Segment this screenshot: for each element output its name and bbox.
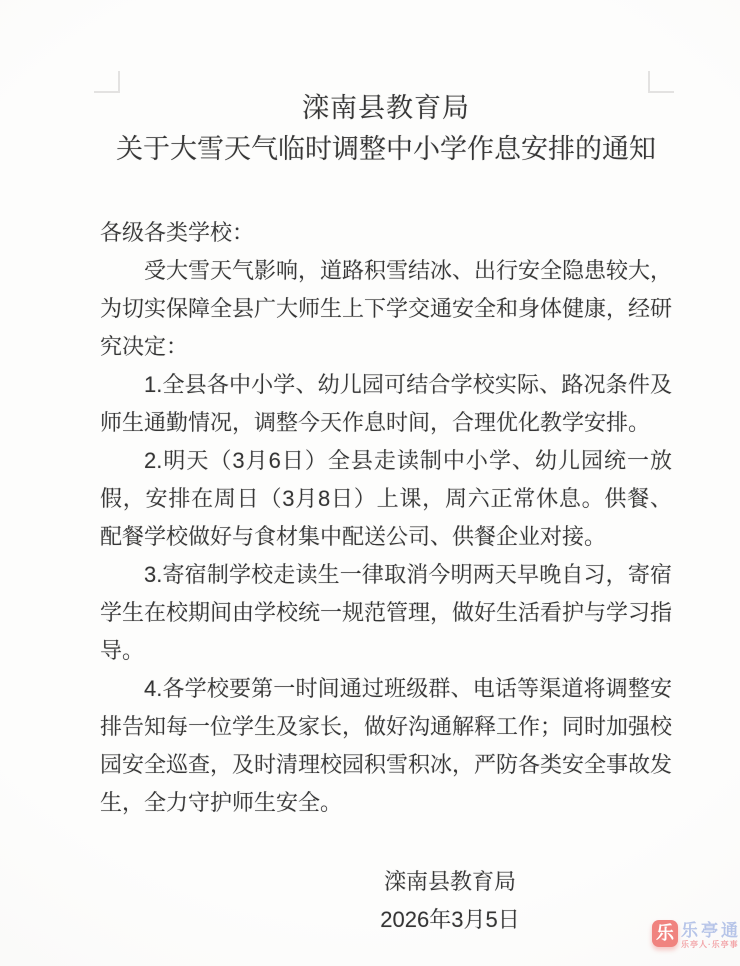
notice-paragraph: 3.寄宿制学校走读生一律取消今明两天早晚自习，寄宿学生在校期间由学校统一规范管理…	[100, 556, 672, 670]
signature-date: 2026年3月5日	[320, 901, 580, 939]
notice-paragraph: 2.明天（3月6日）全县走读制中小学、幼儿园统一放假，安排在周日（3月8日）上课…	[100, 442, 672, 556]
watermark-tagline: 乐亭人·乐亭事	[681, 940, 740, 950]
watermark-text: 乐亭通 乐亭人·乐亭事	[681, 920, 740, 950]
org-title: 滦南县教育局	[100, 90, 672, 126]
watermark-name: 乐亭通	[681, 922, 740, 940]
notice-paragraph: 受大雪天气影响，道路积雪结冰、出行安全隐患较大，为切实保障全县广大师生上下学交通…	[100, 252, 672, 366]
notice-title: 关于大雪天气临时调整中小学作息安排的通知	[100, 131, 672, 167]
notice-paragraph: 1.全县各中小学、幼儿园可结合学校实际、路况条件及师生通勤情况，调整今天作息时间…	[100, 366, 672, 442]
signature-block: 滦南县教育局 2026年3月5日	[320, 863, 580, 939]
notice-paragraph: 4.各学校要第一时间通过班级群、电话等渠道将调整安排告知每一位学生及家长，做好沟…	[100, 670, 672, 822]
notice-body: 各级各类学校： 受大雪天气影响，道路积雪结冰、出行安全隐患较大，为切实保障全县广…	[100, 214, 672, 822]
signature-org: 滦南县教育局	[320, 863, 580, 901]
notice-content: 滦南县教育局 关于大雪天气临时调整中小学作息安排的通知 各级各类学校： 受大雪天…	[100, 0, 672, 939]
paragraph-list: 受大雪天气影响，道路积雪结冰、出行安全隐患较大，为切实保障全县广大师生上下学交通…	[100, 252, 672, 822]
watermark: 乐 乐亭通 乐亭人·乐亭事	[652, 920, 740, 950]
leting-tong-app-icon: 乐	[652, 920, 678, 947]
title-block: 滦南县教育局 关于大雪天气临时调整中小学作息安排的通知	[100, 0, 672, 167]
salutation: 各级各类学校：	[100, 214, 672, 252]
document-page: 滦南县教育局 关于大雪天气临时调整中小学作息安排的通知 各级各类学校： 受大雪天…	[0, 0, 740, 966]
